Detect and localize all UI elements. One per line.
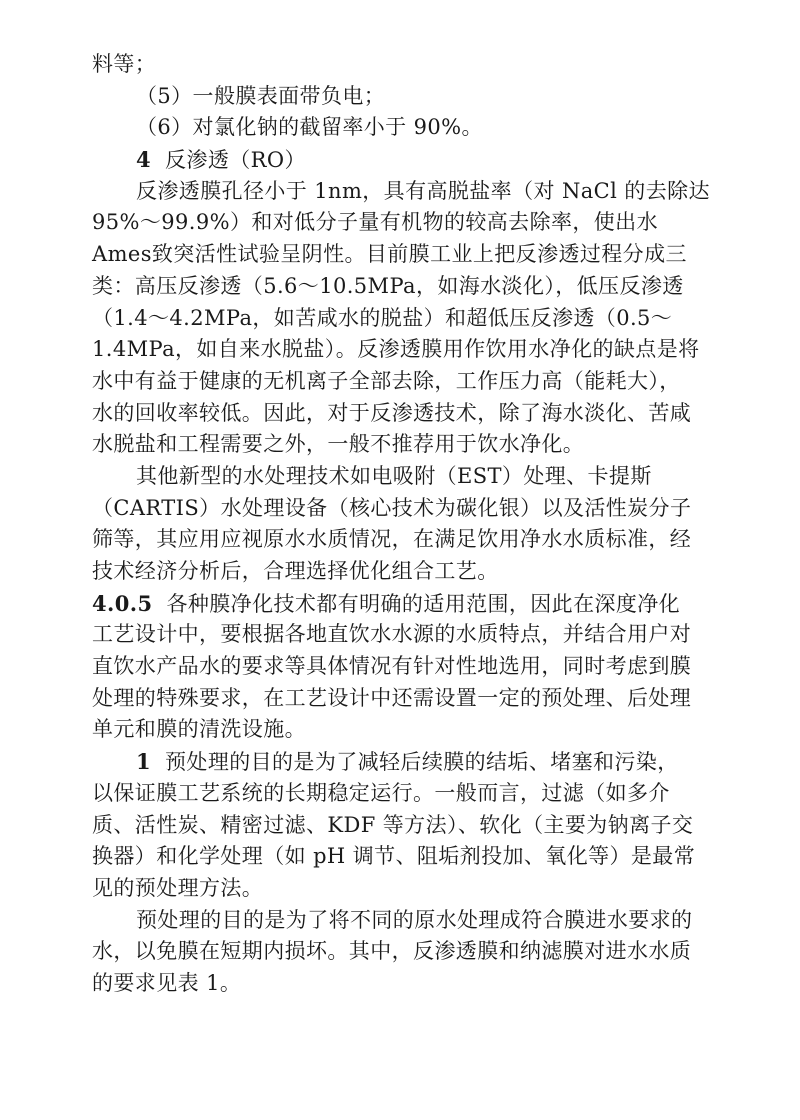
line-text: 预处理的目的是为了减轻后续膜的结垢、堵塞和污染， [165,750,679,774]
line-text: 的要求见表 1。 [92,971,241,995]
line-text: 处理的特殊要求，在工艺设计中还需设置一定的预处理、后处理 [92,686,691,710]
line-text: 见的预处理方法。 [92,876,263,900]
clause-number: 4.0.5 [92,591,152,616]
text-line: 单元和膜的清洗设施。 [92,714,652,746]
text-line: 换器）和化学处理（如 pH 调节、阻垢剂投加、氧化等）是最常 [92,841,652,873]
line-text: 水脱盐和工程需要之外，一般不推荐用于饮水净化。 [92,432,584,456]
clause-4-0-5: 4.0.5各种膜净化技术都有明确的适用范围，因此在深度净化 [92,588,652,620]
line-text: 换器）和化学处理（如 pH 调节、阻垢剂投加、氧化等）是最常 [92,844,695,868]
line-text: 各种膜净化技术都有明确的适用范围，因此在深度净化 [166,592,680,616]
line-text: 直饮水产品水的要求等具体情况有针对性地选用，同时考虑到膜 [92,654,691,678]
section-title: 反渗透（RO） [165,148,306,172]
line-text: （1.4～4.2MPa，如苦咸水的脱盐）和超低压反渗透（0.5～ [92,306,672,330]
line-text: （5）一般膜表面带负电； [136,84,385,108]
text-line: 见的预处理方法。 [92,873,652,905]
text-line: 水脱盐和工程需要之外，一般不推荐用于饮水净化。 [92,429,652,461]
text-line: 95%～99.9%）和对低分子量有机物的较高去除率，使出水 [92,207,652,239]
line-text: 水，以免膜在短期内损坏。其中，反渗透膜和纳滤膜对进水水质 [92,939,691,963]
text-line: （1.4～4.2MPa，如苦咸水的脱盐）和超低压反渗透（0.5～ [92,303,652,335]
line-text: （6）对氯化钠的截留率小于 90%。 [136,115,483,139]
line-text: 水中有益于健康的无机离子全部去除，工作压力高（能耗大）， [92,369,681,393]
line-text: 95%～99.9%）和对低分子量有机物的较高去除率，使出水 [92,210,658,234]
text-line: 反渗透膜孔径小于 1nm，具有高脱盐率（对 NaCl 的去除达 [92,176,652,208]
line-text: （CARTIS）水处理设备（核心技术为碳化银）以及活性炭分子 [92,496,691,520]
text-line: 筛等，其应用应视原水水质情况，在满足饮用净水水质标准，经 [92,524,652,556]
text-line: 其他新型的水处理技术如电吸附（EST）处理、卡提斯 [92,461,652,493]
section-number: 4 [136,147,151,172]
text-line: Ames致突活性试验呈阴性。目前膜工业上把反渗透过程分成三 [92,239,652,271]
line-text: 以保证膜工艺系统的长期稳定运行。一般而言，过滤（如多介 [92,781,670,805]
text-line: 1.4MPa，如自来水脱盐）。反渗透膜用作饮用水净化的缺点是将 [92,334,652,366]
text-line: 以保证膜工艺系统的长期稳定运行。一般而言，过滤（如多介 [92,778,652,810]
text-line: 水中有益于健康的无机离子全部去除，工作压力高（能耗大）， [92,366,652,398]
text-line: 预处理的目的是为了将不同的原水处理成符合膜进水要求的 [92,905,652,937]
line-text: 质、活性炭、精密过滤、KDF 等方法）、软化（主要为钠离子交 [92,813,693,837]
section-heading-ro: 4反渗透（RO） [92,144,652,176]
text-line: 技术经济分析后，合理选择优化组合工艺。 [92,556,652,588]
line-text: 1.4MPa，如自来水脱盐）。反渗透膜用作饮用水净化的缺点是将 [92,337,700,361]
line-text: 反渗透膜孔径小于 1nm，具有高脱盐率（对 NaCl 的去除达 [136,179,710,203]
line-text: Ames致突活性试验呈阴性。目前膜工业上把反渗透过程分成三 [92,242,687,266]
list-item-5: （5）一般膜表面带负电； [92,81,652,113]
line-text: 预处理的目的是为了将不同的原水处理成符合膜进水要求的 [136,908,692,932]
text-line: 处理的特殊要求，在工艺设计中还需设置一定的预处理、后处理 [92,683,652,715]
text-line: 直饮水产品水的要求等具体情况有针对性地选用，同时考虑到膜 [92,651,652,683]
line-text: 其他新型的水处理技术如电吸附（EST）处理、卡提斯 [136,464,652,488]
line-text: 技术经济分析后，合理选择优化组合工艺。 [92,559,499,583]
line-text: 单元和膜的清洗设施。 [92,717,306,741]
text-line: （CARTIS）水处理设备（核心技术为碳化银）以及活性炭分子 [92,493,652,525]
line-text: 工艺设计中，要根据各地直饮水水源的水质特点，并结合用户对 [92,622,691,646]
text-line: 水，以免膜在短期内损坏。其中，反渗透膜和纳滤膜对进水水质 [92,936,652,968]
item-1-pretreatment: 1预处理的目的是为了减轻后续膜的结垢、堵塞和污染， [92,746,652,778]
text-line: 水的回收率较低。因此，对于反渗透技术，除了海水淡化、苦咸 [92,398,652,430]
line-text: 筛等，其应用应视原水水质情况，在满足饮用净水水质标准，经 [92,527,691,551]
list-item-6: （6）对氯化钠的截留率小于 90%。 [92,112,652,144]
text-line: 类：高压反渗透（5.6～10.5MPa，如海水淡化），低压反渗透 [92,271,652,303]
text-line: 的要求见表 1。 [92,968,652,1000]
text-line: 料等； [92,49,652,81]
item-number: 1 [136,749,151,774]
line-text: 水的回收率较低。因此，对于反渗透技术，除了海水淡化、苦咸 [92,401,691,425]
document-page: 料等； （5）一般膜表面带负电； （6）对氯化钠的截留率小于 90%。 4反渗透… [92,49,652,1000]
text-line: 质、活性炭、精密过滤、KDF 等方法）、软化（主要为钠离子交 [92,810,652,842]
line-text: 料等； [92,52,156,76]
line-text: 类：高压反渗透（5.6～10.5MPa，如海水淡化），低压反渗透 [92,274,684,298]
text-line: 工艺设计中，要根据各地直饮水水源的水质特点，并结合用户对 [92,619,652,651]
